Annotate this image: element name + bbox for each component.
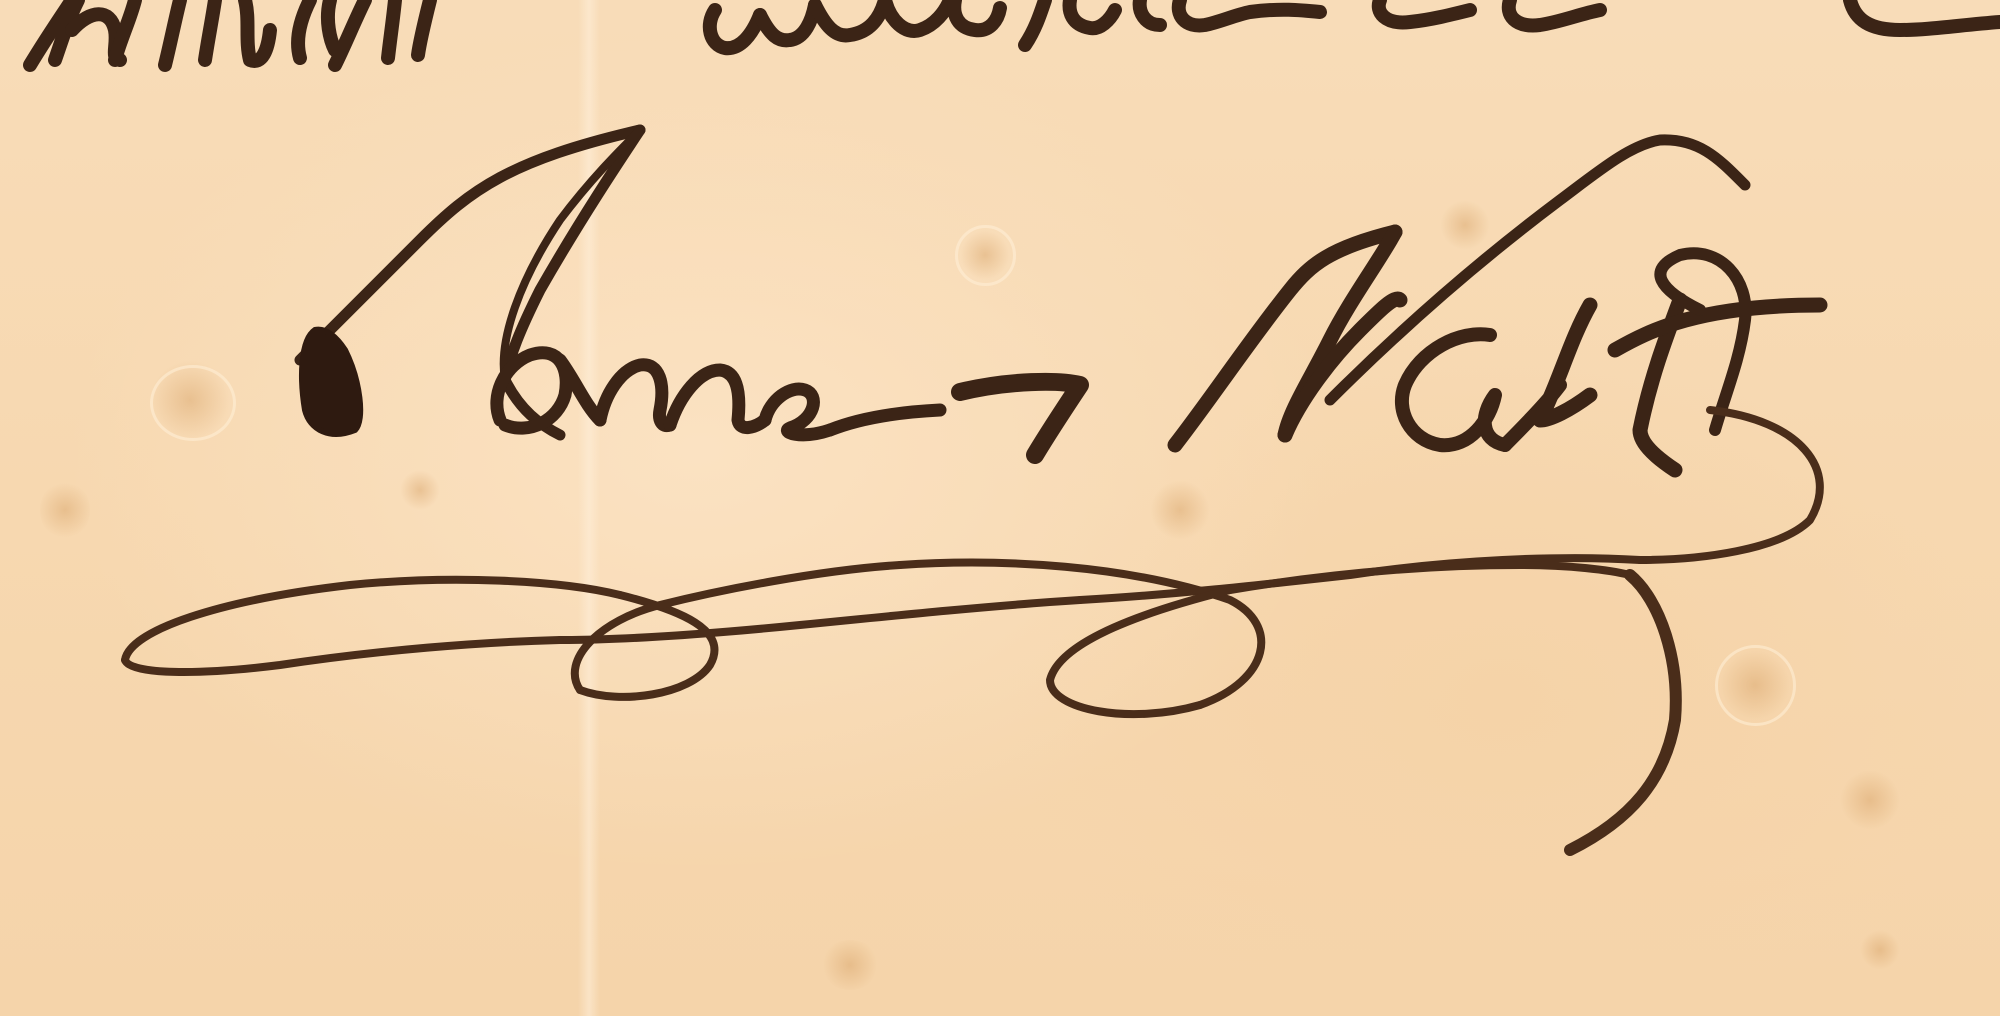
signature-letters-ames <box>497 353 940 435</box>
signature-stroke-r <box>960 382 1080 455</box>
signature-letter-a <box>1402 334 1560 445</box>
ink-blot <box>302 330 360 434</box>
signature-ascender <box>1330 140 1745 400</box>
aged-paper-background <box>0 0 2000 1016</box>
signature-ink <box>0 0 2000 1016</box>
signature-loop-tt <box>1660 253 1745 430</box>
partial-text-line-above <box>30 0 2000 65</box>
signature-letter-W <box>1175 232 1400 445</box>
signature-paraph-flourish <box>125 410 1820 850</box>
signature-letters-tt <box>1540 300 1820 470</box>
